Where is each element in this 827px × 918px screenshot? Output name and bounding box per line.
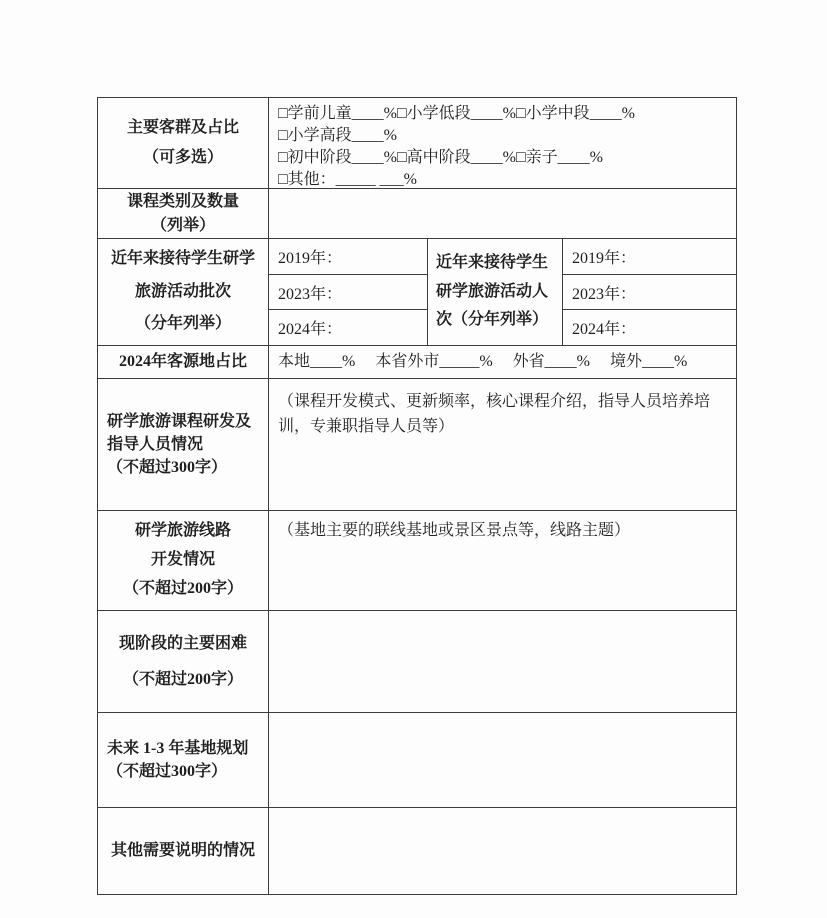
batches-year-column-left: 2019年： 2023年： 2024年： xyxy=(269,239,428,345)
routes-label: 研学旅游线路 开发情况 （不超过200字） xyxy=(98,511,269,610)
origin-2024-label: 2024年客源地占比 xyxy=(98,346,269,378)
other-content xyxy=(269,808,736,894)
batches-label: 近年来接待学生研学 旅游活动批次 （分年列举） xyxy=(98,239,269,345)
form-table: 主要客群及占比 （可多选） □学前儿童____%□小学低段____%□小学中段_… xyxy=(97,97,737,895)
document-page: 主要客群及占比 （可多选） □学前儿童____%□小学低段____%□小学中段_… xyxy=(0,0,827,918)
batches-left-2019: 2019年： xyxy=(269,239,427,275)
plan-label: 未来 1-3 年基地规划 （不超过300字） xyxy=(98,713,269,807)
audience-label: 主要客群及占比 （可多选） xyxy=(98,98,269,188)
course-rd-content: （课程开发模式、更新频率，核心课程介绍，指导人员培养培训，专兼职指导人员等） xyxy=(269,379,736,510)
difficulties-content xyxy=(269,611,736,712)
origin-2024-content: 本地____% 本省外市_____% 外省____% 境外____% xyxy=(269,346,736,378)
person-times-2024: 2024年： xyxy=(563,310,736,345)
row-origin-2024: 2024年客源地占比 本地____% 本省外市_____% 外省____% 境外… xyxy=(98,346,736,379)
row-batches: 近年来接待学生研学 旅游活动批次 （分年列举） 2019年： 2023年： 20… xyxy=(98,239,736,346)
row-plan: 未来 1-3 年基地规划 （不超过300字） xyxy=(98,713,736,808)
row-routes: 研学旅游线路 开发情况 （不超过200字） （基地主要的联线基地或景区景点等，线… xyxy=(98,511,736,611)
course-rd-label: 研学旅游课程研发及 指导人员情况 （不超过300字） xyxy=(98,379,269,510)
other-label: 其他需要说明的情况 xyxy=(98,808,269,894)
difficulties-label: 现阶段的主要困难 （不超过200字） xyxy=(98,611,269,712)
row-audience: 主要客群及占比 （可多选） □学前儿童____%□小学低段____%□小学中段_… xyxy=(98,98,736,189)
row-course-types: 课程类别及数量 （列举） xyxy=(98,189,736,239)
row-course-rd: 研学旅游课程研发及 指导人员情况 （不超过300字） （课程开发模式、更新频率，… xyxy=(98,379,736,511)
plan-content xyxy=(269,713,736,807)
person-times-label: 近年来接待学生 研学旅游活动人 次（分年列举） xyxy=(428,239,563,345)
audience-content: □学前儿童____%□小学低段____%□小学中段____% □小学高段____… xyxy=(269,98,736,188)
person-times-2019: 2019年： xyxy=(563,239,736,275)
course-types-content xyxy=(269,189,736,238)
routes-content: （基地主要的联线基地或景区景点等，线路主题） xyxy=(269,511,736,610)
row-other: 其他需要说明的情况 xyxy=(98,808,736,894)
course-types-label: 课程类别及数量 （列举） xyxy=(98,189,269,238)
person-times-2023: 2023年： xyxy=(563,275,736,311)
batches-year-column-right: 2019年： 2023年： 2024年： xyxy=(563,239,736,345)
row-difficulties: 现阶段的主要困难 （不超过200字） xyxy=(98,611,736,713)
batches-left-2024: 2024年： xyxy=(269,310,427,345)
batches-left-2023: 2023年： xyxy=(269,275,427,311)
